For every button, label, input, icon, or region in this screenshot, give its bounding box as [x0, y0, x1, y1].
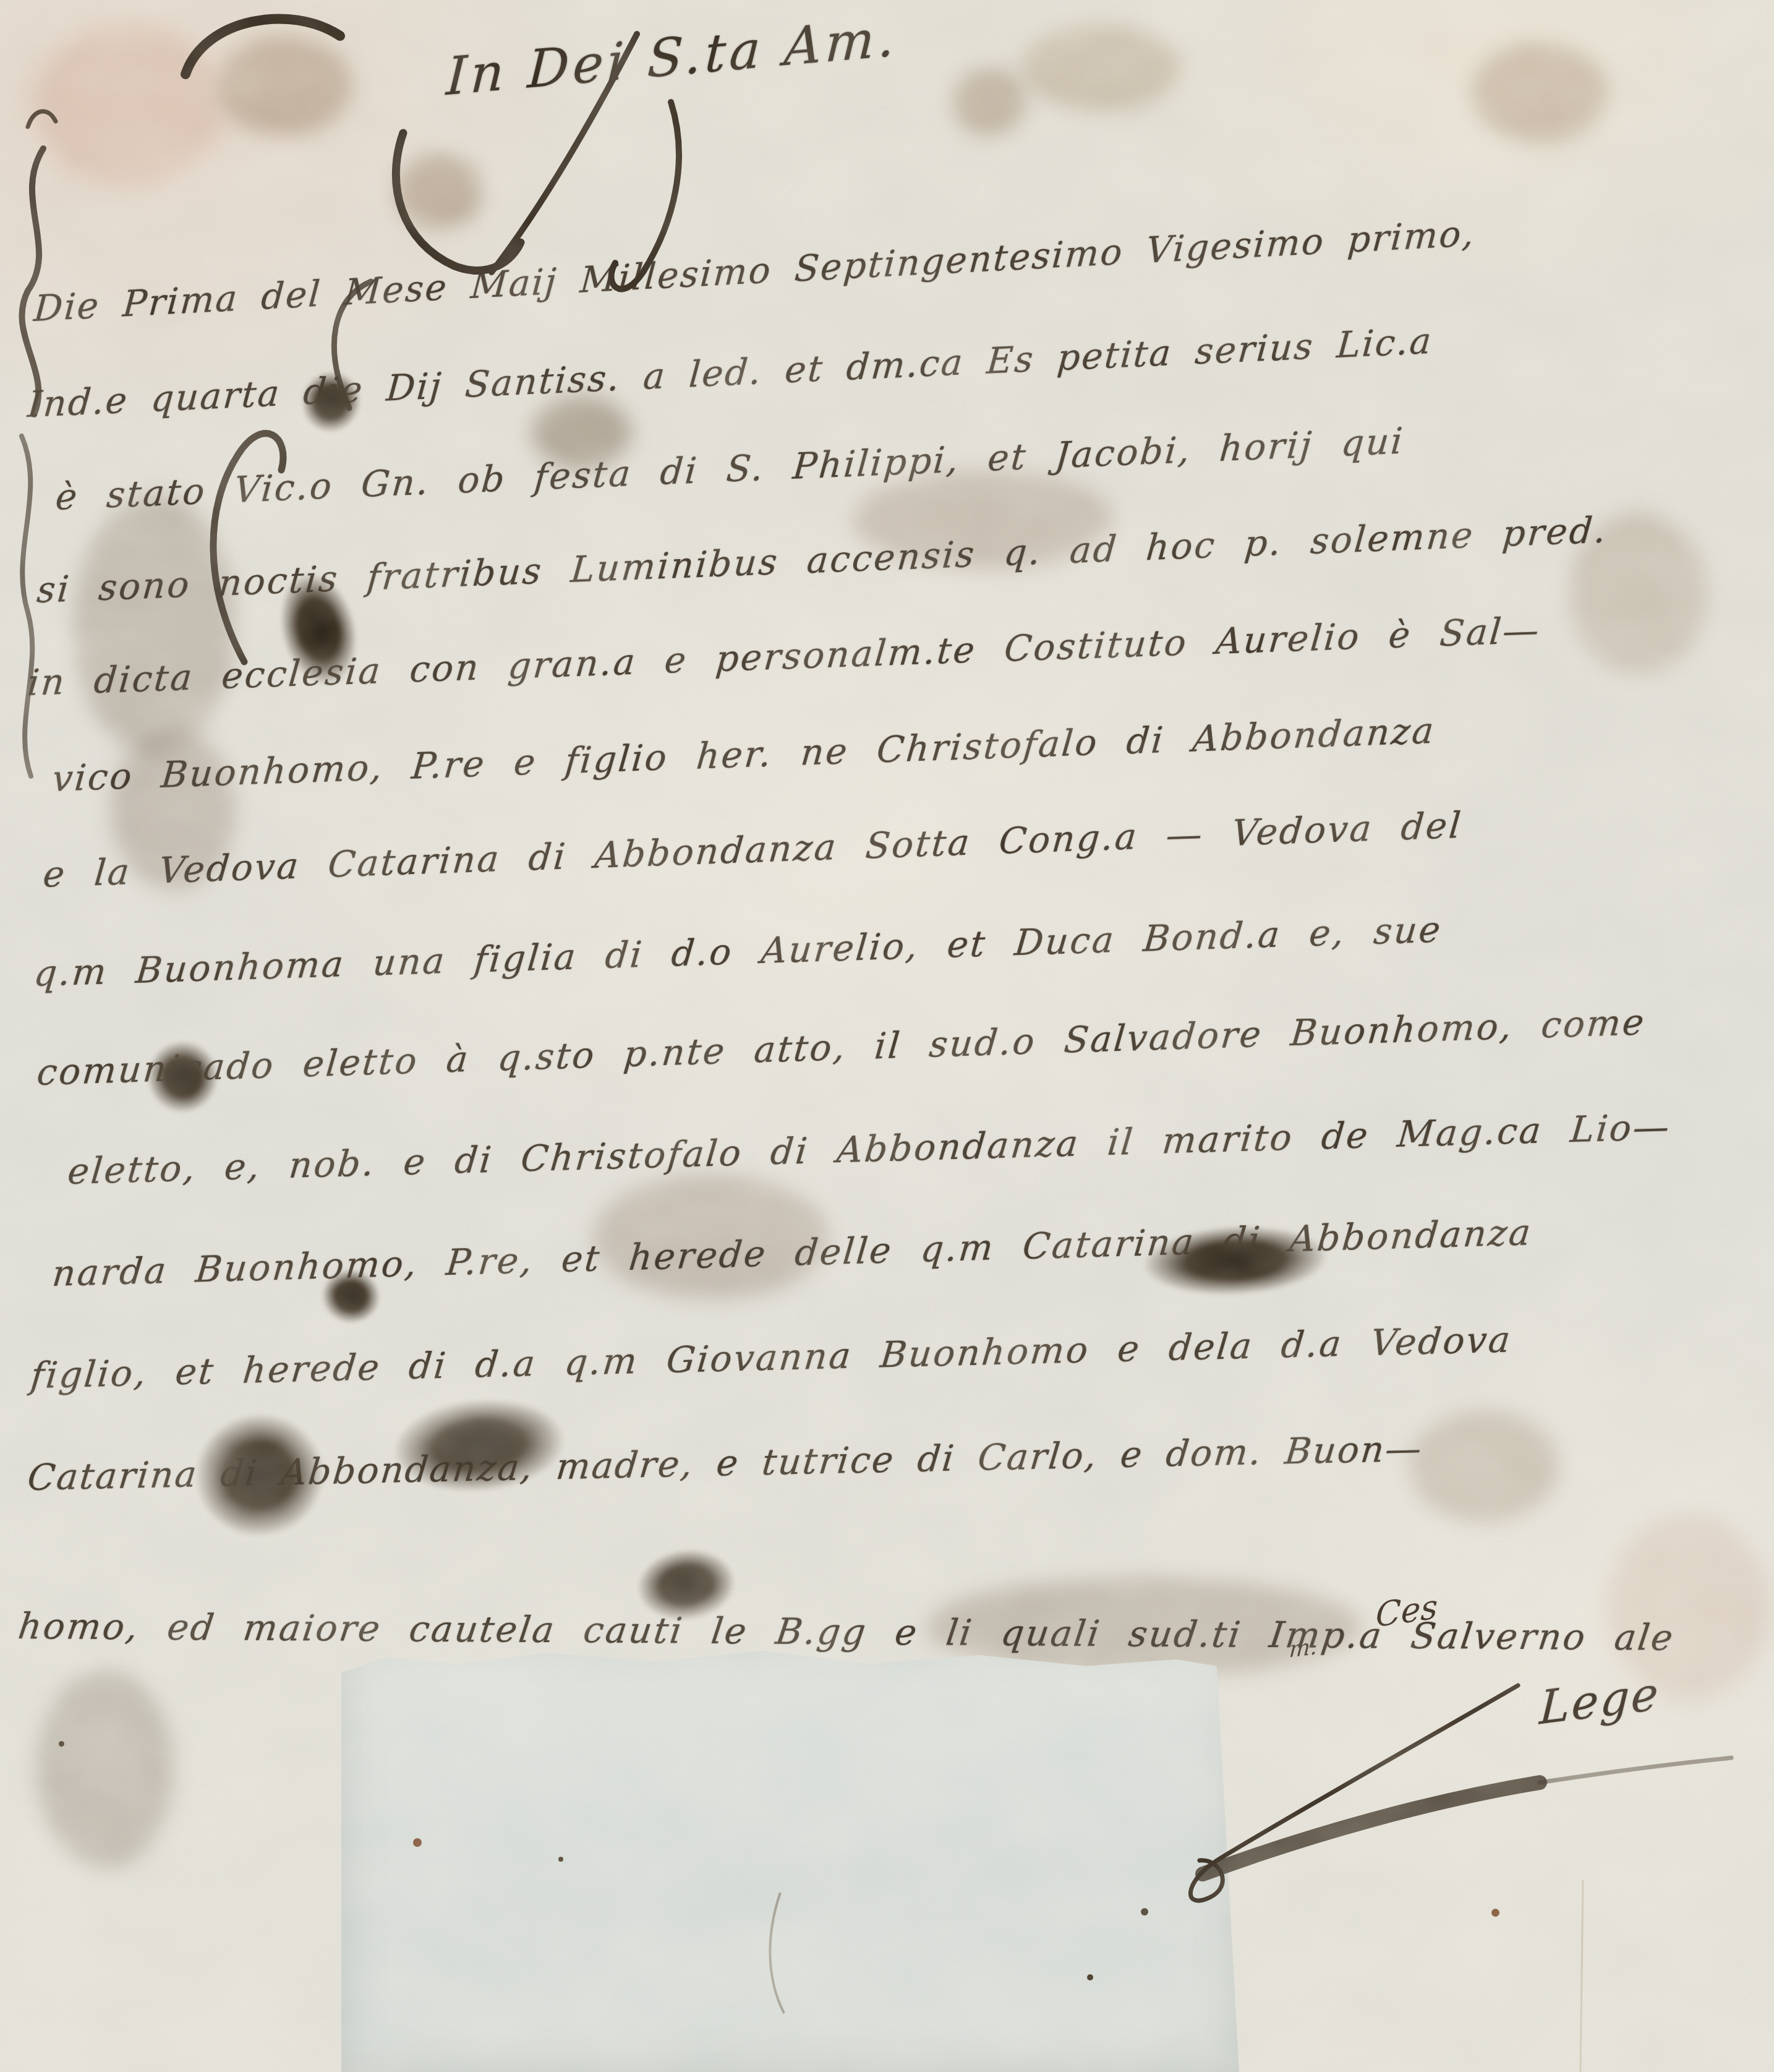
- manuscript-page: In Dei S.ta Am. Die Prima del Mese Maij …: [0, 0, 1774, 2072]
- paper-speck: [1141, 1908, 1148, 1916]
- text-line: figlio, et herede di d.a q.m Giovanna Bu…: [29, 1321, 1514, 1393]
- flourish-signature-taper: [1540, 1758, 1731, 1783]
- marginal-abbreviation-mark: m.: [1289, 1636, 1318, 1661]
- marginal-abbreviation-mark: Ces: [1375, 1590, 1438, 1633]
- paper-speck: [1491, 1909, 1499, 1917]
- paper-speck: [59, 1741, 64, 1747]
- paper-speck: [558, 1857, 563, 1862]
- text-line: Die Prima del Mese Maij Millesimo Septin…: [33, 215, 1477, 327]
- text-line: comunicado eletto à q.sto p.nte atto, il…: [35, 1004, 1647, 1090]
- paper-speck: [413, 1838, 422, 1847]
- text-line: Ind.e quarta die Dij Santiss. a led. et …: [27, 323, 1434, 422]
- repair-patch: [341, 1638, 1239, 2072]
- text-line: vico Buonhomo, P.re e figlio her. ne Chr…: [51, 713, 1436, 797]
- signature-word: Lege: [1538, 1671, 1661, 1732]
- paper-stain: [74, 495, 235, 755]
- paper-stain: [396, 155, 482, 229]
- paper-stain: [216, 37, 352, 136]
- text-line: eletto, e, nob. e di Christofalo di Abbo…: [66, 1109, 1673, 1190]
- paper-stain: [37, 25, 223, 186]
- flourish-left-margin-lower: [22, 436, 32, 776]
- paper-stain: [37, 1670, 173, 1868]
- flourish-signature-sweep: [1203, 1783, 1540, 1874]
- text-line: q.m Buonhoma una figlia di d.o Aurelio, …: [32, 911, 1443, 991]
- text-line: in dicta ecclesia con gran.a e personalm…: [26, 612, 1542, 701]
- text-line: si sono noctis fratribus Luminibus accen…: [36, 512, 1610, 608]
- paper-stain: [1410, 1410, 1558, 1522]
- paper-speck: [1087, 1974, 1093, 1980]
- flourish-left-margin-upper: [22, 148, 43, 414]
- paper-stain: [1020, 25, 1181, 111]
- faint-crease-line: [1580, 1880, 1583, 2072]
- paper-stain: [1472, 43, 1608, 142]
- text-line: è stato Vic.o Gn. ob festa di S. Philipp…: [54, 422, 1406, 515]
- flourish-signature-descent: [1190, 1685, 1518, 1901]
- header-invocation: In Dei S.ta Am.: [445, 11, 900, 103]
- paper-stain: [952, 68, 1026, 136]
- text-line: e la Vedova Catarina di Abbondanza Sotta…: [41, 807, 1464, 893]
- ink-blot: [185, 1403, 335, 1547]
